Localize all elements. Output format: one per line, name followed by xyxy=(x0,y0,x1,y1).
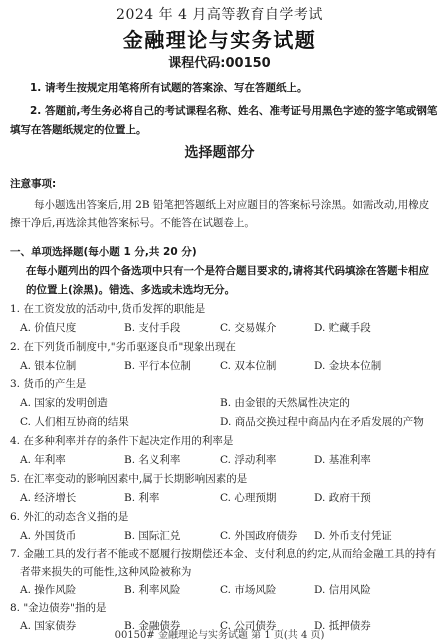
question-7-option-c: C. 市场风险 xyxy=(220,582,276,597)
part-one-heading: 一、单项选择题(每小题 1 分,共 20 分) xyxy=(10,244,197,259)
question-7-option-a: A. 操作风险 xyxy=(20,582,76,597)
question-5-stem: 5. 在汇率变动的影响因素中,属于长期影响因素的是 xyxy=(10,471,247,486)
exam-year: 2024 年 4 月高等教育自学考试 xyxy=(0,4,439,24)
question-4-option-a: A. 年利率 xyxy=(20,452,66,467)
question-6-option-d: D. 外币支付凭证 xyxy=(314,528,392,543)
question-7-stem: 7. 金融工具的发行者不能或不愿履行按期偿还本金、支付利息的约定,从而给金融工具… xyxy=(10,546,436,561)
course-code: 课程代码:00150 xyxy=(0,52,439,71)
part-one-desc-2: 的位置上(涂黑)。错选、多选或未选均无分。 xyxy=(26,282,235,297)
question-5-option-c: C. 心理预期 xyxy=(220,490,276,505)
question-1-option-a: A. 价值尺度 xyxy=(20,320,76,335)
instruction-1: 1. 请考生按规定用笔将所有试题的答案涂、写在答题纸上。 xyxy=(30,80,307,95)
question-7-stem-cont: 者带来损失的可能性,这种风险被称为 xyxy=(20,564,191,579)
notice-label: 注意事项: xyxy=(10,176,56,191)
question-3-option-a: A. 国家的发明创造 xyxy=(20,395,108,410)
question-2-option-c: C. 双本位制 xyxy=(220,358,276,373)
instruction-2-cont: 填写在答题纸规定的位置上。 xyxy=(10,122,147,137)
question-6-option-a: A. 外国货币 xyxy=(20,528,76,543)
question-2-option-d: D. 金块本位制 xyxy=(314,358,381,373)
question-5-option-d: D. 政府干预 xyxy=(314,490,371,505)
question-5-option-b: B. 利率 xyxy=(124,490,159,505)
question-8-stem: 8. "金边债券"指的是 xyxy=(10,600,107,615)
question-3-stem: 3. 货币的产生是 xyxy=(10,376,86,391)
question-1-option-d: D. 贮藏手段 xyxy=(314,320,371,335)
notice-line-1: 每小题选出答案后,用 2B 铅笔把答题纸上对应题目的答案标号涂黑。如需改动,用橡… xyxy=(34,197,429,212)
part-one-desc-1: 在每小题列出的四个备选项中只有一个是符合题目要求的,请将其代码填涂在答题卡相应 xyxy=(26,263,429,278)
question-1-option-b: B. 支付手段 xyxy=(124,320,180,335)
question-2-option-a: A. 银本位制 xyxy=(20,358,76,373)
question-2-stem: 2. 在下列货币制度中,"劣币驱逐良币"现象出现在 xyxy=(10,339,236,354)
question-2-option-b: B. 平行本位制 xyxy=(124,358,191,373)
question-1-stem: 1. 在工资发放的活动中,货币发挥的职能是 xyxy=(10,301,205,316)
question-4-option-c: C. 浮动利率 xyxy=(220,452,276,467)
question-3-option-c: C. 人们相互协商的结果 xyxy=(20,414,129,429)
page-footer: 00150# 金融理论与实务试题 第 1 页(共 4 页) xyxy=(0,626,439,640)
instruction-2: 2. 答题前,考生务必将自己的考试课程名称、姓名、准考证号用黑色字迹的签字笔或钢… xyxy=(30,103,437,118)
question-3-option-b: B. 由金银的天然属性决定的 xyxy=(220,395,350,410)
question-6-stem: 6. 外汇的动态含义指的是 xyxy=(10,509,128,524)
question-3-option-d: D. 商品交换过程中商品内在矛盾发展的产物 xyxy=(220,414,424,429)
question-4-stem: 4. 在多种利率并存的条件下起决定作用的利率是 xyxy=(10,433,233,448)
question-6-option-b: B. 国际汇兑 xyxy=(124,528,180,543)
exam-title: 金融理论与实务试题 xyxy=(0,24,439,53)
question-1-option-c: C. 交易媒介 xyxy=(220,320,276,335)
notice-line-2: 擦干净后,再选涂其他答案标号。不能答在试题卷上。 xyxy=(10,215,255,230)
question-6-option-c: C. 外国政府债券 xyxy=(220,528,297,543)
question-4-option-b: B. 名义利率 xyxy=(124,452,180,467)
section-title: 选择题部分 xyxy=(0,142,439,162)
question-7-option-d: D. 信用风险 xyxy=(314,582,371,597)
question-5-option-a: A. 经济增长 xyxy=(20,490,76,505)
question-4-option-d: D. 基准利率 xyxy=(314,452,371,467)
question-7-option-b: B. 利率风险 xyxy=(124,582,180,597)
